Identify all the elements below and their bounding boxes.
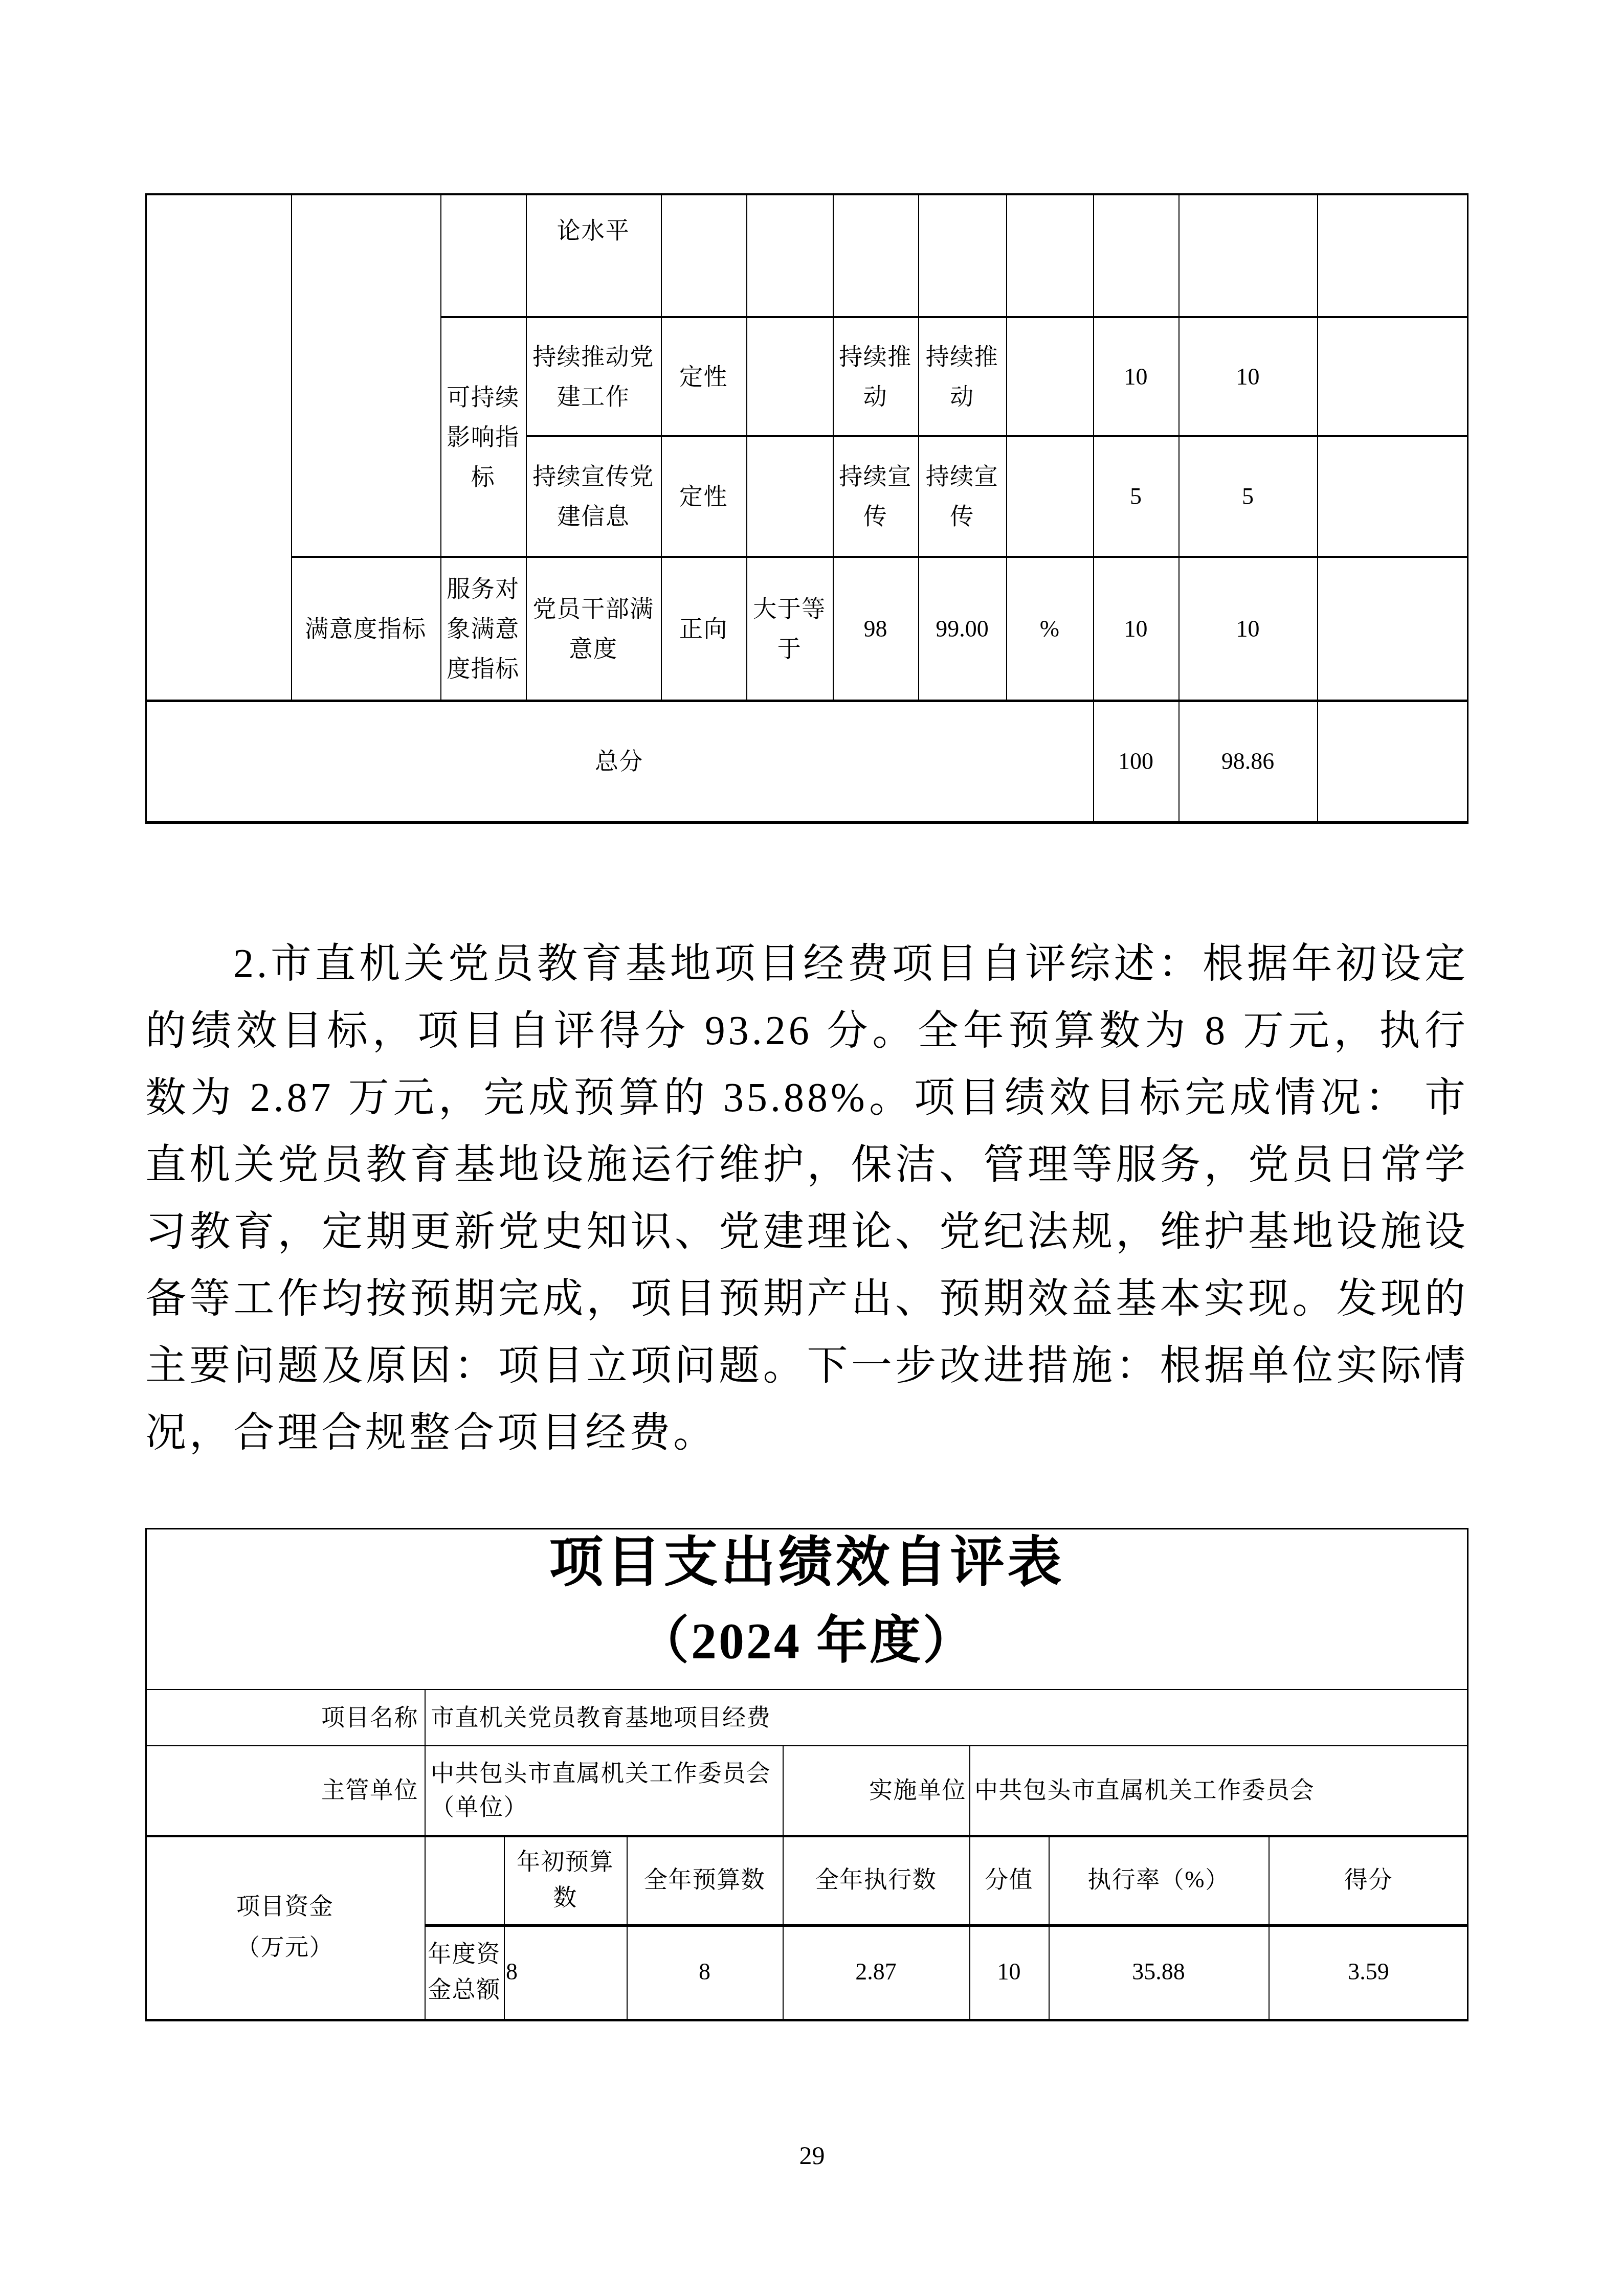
cell-r2-nature: 定性 — [661, 317, 746, 436]
cell-r3-weight: 5 — [1093, 436, 1178, 557]
project-funds-label-line2: （万元） — [236, 1927, 333, 1968]
project-name-value: 市直机关党员教育基地项目经费 — [425, 1690, 1469, 1745]
cell-r4-weight: 10 — [1093, 557, 1178, 701]
document-page: 论水平 可持续影响指标 持续推动党建工作 定性 持续推动 持续推动 10 10 … — [0, 0, 1624, 2296]
project-funds-label: 项目资金 （万元） — [145, 1835, 425, 2019]
cell-r2-weight: 10 — [1093, 317, 1178, 436]
project-name-label: 项目名称 — [145, 1690, 425, 1745]
cell-r4-target: 98 — [833, 557, 918, 701]
header-weight: 分值 — [969, 1835, 1049, 1924]
grid-line — [1317, 193, 1318, 822]
grid-line — [145, 1528, 1469, 1529]
header-annual-budget: 全年预算数 — [627, 1835, 783, 1924]
grid-line — [145, 193, 1469, 195]
cell-r2-indicator-name: 持续推动党建工作 — [526, 317, 661, 436]
header-initial-budget: 年初预算数 — [504, 1835, 627, 1924]
implementer-unit-label: 实施单位 — [783, 1745, 969, 1835]
cell-r4-nature: 正向 — [661, 557, 746, 701]
value-initial-budget: 8 — [504, 1924, 627, 2019]
supervisor-unit-value: 中共包头市直属机关工作委员会（单位） — [425, 1745, 783, 1835]
cell-r3-nature: 定性 — [661, 436, 746, 557]
cell-r4-unit: % — [1006, 557, 1093, 701]
value-weight: 10 — [969, 1924, 1049, 2019]
grid-line — [1467, 193, 1469, 824]
self-evaluation-summary-paragraph: 2.市直机关党员教育基地项目经费项目自评综述：根据年初设定的绩效目标，项目自评得… — [145, 931, 1469, 1467]
cell-r2-score: 10 — [1178, 317, 1317, 436]
project-funds-label-line1: 项目资金 — [236, 1886, 333, 1927]
value-score: 3.59 — [1269, 1924, 1469, 2019]
page-number: 29 — [0, 2137, 1624, 2173]
value-execution-rate: 35.88 — [1049, 1924, 1269, 2019]
header-score: 得分 — [1269, 1835, 1469, 1924]
cell-r4-indicator-name: 党员干部满意度 — [526, 557, 661, 701]
value-annual-budget: 8 — [627, 1924, 783, 2019]
cell-r3-indicator-name: 持续宣传党建信息 — [526, 436, 661, 557]
cell-r4-direction: 大于等于 — [746, 557, 833, 701]
cell-total-weight: 100 — [1093, 701, 1178, 822]
cell-total-label: 总分 — [145, 701, 1093, 822]
implementer-unit-value: 中共包头市直属机关工作委员会 — [969, 1745, 1469, 1835]
cell-r4-actual: 99.00 — [918, 557, 1006, 701]
cell-r2-target: 持续推动 — [833, 317, 918, 436]
supervisor-unit-label: 主管单位 — [145, 1745, 425, 1835]
cell-total-score: 98.86 — [1178, 701, 1317, 822]
table-title: 项目支出绩效自评表 — [145, 1534, 1469, 1591]
grid-line — [145, 2019, 1469, 2021]
table-title-year: （2024 年度） — [145, 1611, 1469, 1671]
header-execution-rate: 执行率（%） — [1049, 1835, 1269, 1924]
cell-satisfaction-group: 服务对象满意度指标 — [440, 557, 526, 701]
cell-r3-target: 持续宣传 — [833, 436, 918, 557]
cell-r4-score: 10 — [1178, 557, 1317, 701]
cell-indicator-tail: 论水平 — [526, 193, 661, 317]
cell-sustain-impact-group: 可持续影响指标 — [440, 317, 526, 557]
cell-satisfaction-category: 满意度指标 — [291, 557, 440, 701]
annual-funds-total-label: 年度资金总额 — [425, 1924, 504, 2019]
value-annual-execution: 2.87 — [783, 1924, 969, 2019]
cell-r2-actual: 持续推动 — [918, 317, 1006, 436]
header-annual-execution: 全年执行数 — [783, 1835, 969, 1924]
cell-r3-actual: 持续宣传 — [918, 436, 1006, 557]
cell-r3-score: 5 — [1178, 436, 1317, 557]
